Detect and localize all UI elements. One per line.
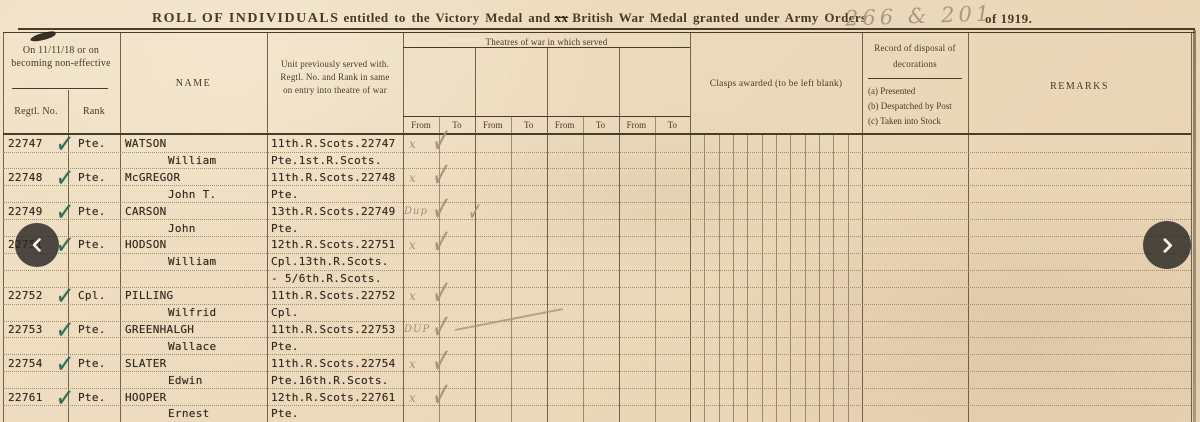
fromto-label-to: To (511, 120, 547, 130)
checkmark-icon: ✓ (55, 196, 75, 228)
column-divider (267, 33, 268, 422)
pencil-dup-mark: Dup (404, 206, 428, 217)
unit-cell: 11th.R.Scots.22754 (271, 357, 396, 370)
column-divider (120, 33, 121, 422)
disposal-item-a: (a) Presented (868, 84, 968, 99)
surname-cell: WATSON (125, 137, 167, 150)
unit-cell: Pte. (271, 407, 299, 420)
header-bottom-rule (3, 133, 1191, 135)
fromto-label-to: To (654, 120, 690, 130)
page-edge-shadow (1193, 30, 1196, 422)
regtl-no-cell: 22754 (8, 357, 43, 370)
rank-cell: Pte. (78, 323, 106, 336)
column-divider (3, 33, 4, 422)
regtl-no-cell: 22753 (8, 323, 43, 336)
unit-cell: 12th.R.Scots.22751 (271, 238, 396, 251)
unit-cell: 11th.R.Scots.22752 (271, 289, 396, 302)
unit-cell: Pte. (271, 222, 299, 235)
clasp-column-divider (762, 133, 763, 422)
forename-cell: John T. (168, 188, 216, 201)
header-unit-line3: on entry into theatre of war (269, 84, 401, 97)
clasp-column-divider (719, 133, 720, 422)
header-remarks: REMARKS (968, 80, 1191, 93)
header-disposal-line1: Record of disposal of (864, 42, 966, 55)
header-unit-line1: Unit previously served with. (269, 58, 401, 71)
next-page-button[interactable] (1143, 221, 1191, 269)
rank-cell: Pte. (78, 391, 106, 404)
disposal-item-c: (c) Taken into Stock (868, 114, 968, 129)
theatre-pair-divider (547, 48, 548, 422)
pencil-tick-mark: ✓ (431, 222, 452, 266)
handwritten-army-order-number: 266 & 201 (845, 1, 994, 30)
header-clasps: Clasps awarded (to be left blank) (690, 78, 862, 91)
unit-cell: Pte.16th.R.Scots. (271, 374, 389, 387)
rank-cell: Pte. (78, 137, 106, 150)
row-dotted-line (3, 236, 1191, 238)
row-dotted-line (3, 388, 1191, 390)
header-rule (403, 116, 690, 117)
column-divider (403, 33, 404, 422)
pencil-x-mark: x (409, 289, 416, 303)
chevron-right-icon (1159, 237, 1176, 254)
row-dotted-line (3, 202, 1191, 204)
clasp-column-divider (776, 133, 777, 422)
forename-cell: William (168, 255, 216, 268)
pencil-x-mark: x (409, 137, 416, 151)
pencil-x-mark: x (409, 391, 416, 405)
header-rule (868, 78, 962, 79)
surname-cell: HODSON (125, 238, 167, 251)
forename-cell: Wallace (168, 340, 216, 353)
clasp-column-divider (819, 133, 820, 422)
unit-cell: - 5/6th.R.Scots. (271, 272, 382, 285)
unit-cell: 12th.R.Scots.22761 (271, 391, 396, 404)
regtl-no-cell: 22752 (8, 289, 43, 302)
pencil-extra-tick: ✓ (467, 196, 483, 230)
clasp-column-divider (848, 133, 849, 422)
checkmark-icon: ✓ (55, 128, 75, 160)
pencil-dup-mark: DUP (404, 324, 430, 335)
header-regtl-no: Regtl. No. (6, 105, 66, 118)
unit-cell: Cpl. (271, 306, 299, 319)
row-dotted-line (3, 287, 1191, 289)
unit-cell: Pte. (271, 340, 299, 353)
header-rank: Rank (70, 105, 118, 118)
clasp-column-divider (805, 133, 806, 422)
surname-cell: PILLING (125, 289, 173, 302)
column-divider (1191, 33, 1192, 422)
rank-cell: Cpl. (78, 289, 106, 302)
header-disposal-items: (a) Presented (b) Despatched by Post (c)… (868, 84, 968, 129)
column-divider (968, 33, 969, 422)
pencil-x-mark: x (409, 171, 416, 185)
chevron-left-icon (29, 237, 45, 253)
fromto-label-from: From (618, 120, 654, 130)
unit-cell: 11th.R.Scots.22753 (271, 323, 396, 336)
header-effective: On 11/11/18 or on becoming non-effective (4, 44, 118, 70)
regtl-no-cell: 22761 (8, 391, 43, 404)
rank-cell: Pte. (78, 238, 106, 251)
header-rule (12, 88, 108, 89)
clasp-column-divider (833, 133, 834, 422)
disposal-item-b: (b) Despatched by Post (868, 99, 968, 114)
surname-cell: HOOPER (125, 391, 167, 404)
unit-cell: 13th.R.Scots.22749 (271, 205, 396, 218)
fromto-label-to: To (583, 120, 619, 130)
title-struck-word: xx (554, 10, 568, 25)
unit-cell: 11th.R.Scots.22748 (271, 171, 396, 184)
pencil-tick-mark: ✓ (431, 374, 452, 418)
regtl-no-cell: 22749 (8, 205, 43, 218)
fromto-label-from: From (475, 120, 511, 130)
title-entitled: entitled to the Victory Medal and (343, 10, 550, 25)
row-dotted-line (3, 168, 1191, 170)
forename-cell: Edwin (168, 374, 203, 387)
checkmark-icon: ✓ (55, 280, 75, 312)
header-rule (403, 47, 690, 48)
checkmark-icon: ✓ (55, 348, 75, 380)
forename-cell: William (168, 154, 216, 167)
rank-cell: Pte. (78, 205, 106, 218)
title-rule-top (18, 28, 1195, 30)
regtl-no-cell: 22748 (8, 171, 43, 184)
regtl-no-cell: 22747 (8, 137, 43, 150)
row-dotted-line (3, 270, 1191, 272)
title-year: of 1919. (985, 11, 1032, 27)
header-disposal: Record of disposal of decorations (864, 42, 966, 71)
forename-cell: Ernest (168, 407, 210, 420)
fromto-label-from: From (547, 120, 583, 130)
forename-cell: John (168, 222, 196, 235)
header-name: NAME (120, 77, 267, 90)
theatre-pair-divider (475, 48, 476, 422)
surname-cell: SLATER (125, 357, 167, 370)
pencil-x-mark: x (409, 238, 416, 252)
pencil-x-mark: x (409, 357, 416, 371)
forename-cell: Wilfrid (168, 306, 216, 319)
header-disposal-line2: decorations (864, 58, 966, 71)
unit-cell: Cpl.13th.R.Scots. (271, 255, 389, 268)
unit-cell: Pte.1st.R.Scots. (271, 154, 382, 167)
rank-cell: Pte. (78, 171, 106, 184)
theatre-pair-divider (619, 48, 620, 422)
header-unit: Unit previously served with. Regtl. No. … (269, 58, 401, 97)
surname-cell: McGREGOR (125, 171, 180, 184)
document-viewer: ROLL OF INDIVIDUALS entitled to the Vict… (0, 0, 1200, 422)
rank-cell: Pte. (78, 357, 106, 370)
surname-cell: CARSON (125, 205, 167, 218)
clasp-column-divider (747, 133, 748, 422)
document-title: ROLL OF INDIVIDUALS entitled to the Vict… (152, 9, 867, 27)
title-rule-bottom (3, 32, 1195, 33)
surname-cell: GREENHALGH (125, 323, 194, 336)
checkmark-icon: ✓ (55, 381, 75, 413)
checkmark-icon: ✓ (55, 314, 75, 346)
unit-cell: 11th.R.Scots.22747 (271, 137, 396, 150)
row-dotted-line (3, 354, 1191, 356)
title-roll: ROLL OF INDIVIDUALS (152, 11, 339, 26)
title-rest: British War Medal granted under Army Ord… (572, 10, 866, 25)
unit-cell: Pte. (271, 188, 299, 201)
header-unit-line2: Regtl. No. and Rank in same (269, 71, 401, 84)
column-divider (862, 33, 863, 422)
clasp-column-divider (790, 133, 791, 422)
checkmark-icon: ✓ (55, 162, 75, 194)
prev-page-button[interactable] (15, 223, 59, 267)
clasp-column-divider (704, 133, 705, 422)
column-divider (690, 33, 691, 422)
clasp-column-divider (733, 133, 734, 422)
